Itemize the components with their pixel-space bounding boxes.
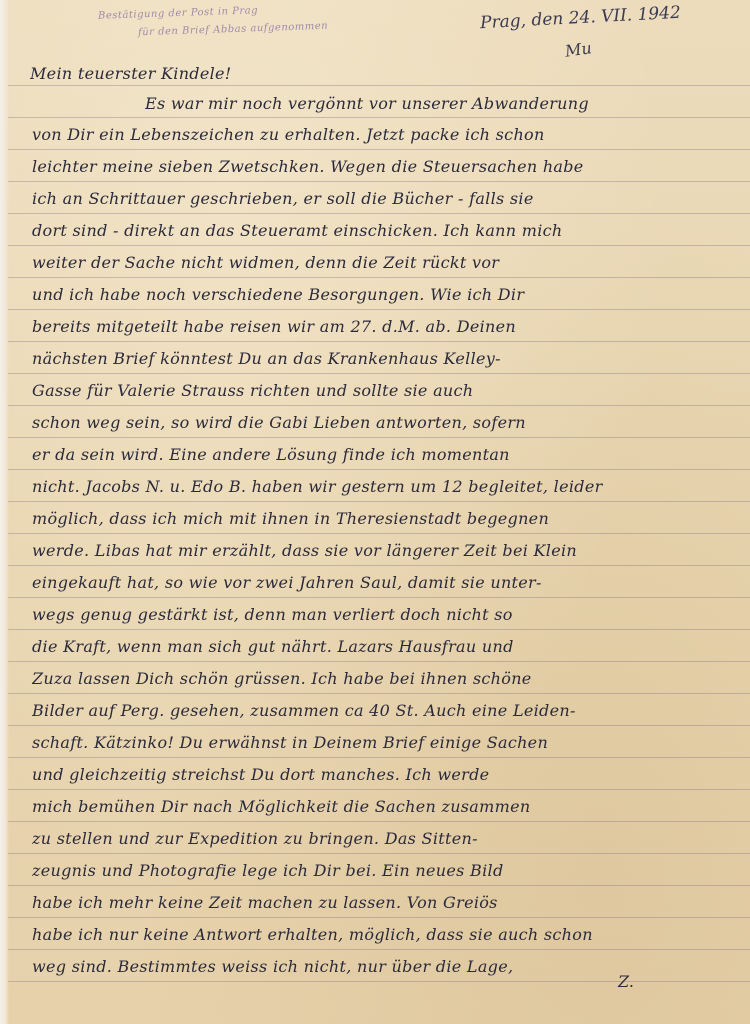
letter-page: Bestätigung der Post in Prag für den Bri… xyxy=(0,0,750,1024)
body-line: mich bemühen Dir nach Möglichkeit die Sa… xyxy=(32,797,742,816)
body-line: wegs genug gestärkt ist, denn man verlie… xyxy=(32,605,742,624)
ruled-line xyxy=(8,149,750,150)
ruled-line xyxy=(8,917,750,918)
paper-edge xyxy=(0,0,9,1024)
body-line: werde. Libas hat mir erzählt, dass sie v… xyxy=(32,541,742,560)
ruled-line xyxy=(8,85,750,86)
body-line: habe ich nur keine Antwort erhalten, mög… xyxy=(32,925,742,944)
ruled-line xyxy=(8,949,750,950)
ruled-line xyxy=(8,533,750,534)
body-line: Es war mir noch vergönnt vor unserer Abw… xyxy=(145,94,742,113)
ruled-line xyxy=(8,181,750,182)
archive-annotation-line-2: für den Brief Abbas aufgenommen xyxy=(138,21,328,39)
ruled-line xyxy=(8,117,750,118)
page-end-mark: Z. xyxy=(618,972,634,991)
dateline: Prag, den 24. VII. 1942 xyxy=(480,3,682,33)
body-line: möglich, dass ich mich mit ihnen in Ther… xyxy=(32,509,742,528)
ruled-line xyxy=(8,245,750,246)
body-line: habe ich mehr keine Zeit machen zu lasse… xyxy=(32,893,742,912)
archive-mark: Mu xyxy=(564,38,593,61)
ruled-line xyxy=(8,501,750,502)
ruled-line xyxy=(8,437,750,438)
body-line: und gleichzeitig streichst Du dort manch… xyxy=(32,765,742,784)
ruled-line xyxy=(8,725,750,726)
ruled-line xyxy=(8,341,750,342)
ruled-line xyxy=(8,661,750,662)
body-line: ich an Schrittauer geschrieben, er soll … xyxy=(32,189,742,208)
body-line: weiter der Sache nicht widmen, denn die … xyxy=(32,253,742,272)
ruled-line xyxy=(8,373,750,374)
body-line: er da sein wird. Eine andere Lösung find… xyxy=(32,445,742,464)
body-line: von Dir ein Lebenszeichen zu erhalten. J… xyxy=(32,125,742,144)
ruled-line xyxy=(8,213,750,214)
salutation: Mein teuerster Kindele! xyxy=(30,64,742,83)
body-line: leichter meine sieben Zwetschken. Wegen … xyxy=(32,157,742,176)
archive-annotation-line-1: Bestätigung der Post in Prag xyxy=(98,5,258,22)
body-line: dort sind - direkt an das Steueramt eins… xyxy=(32,221,742,240)
body-line: Gasse für Valerie Strauss richten und so… xyxy=(32,381,742,400)
body-line: nicht. Jacobs N. u. Edo B. haben wir ges… xyxy=(32,477,742,496)
ruled-line xyxy=(8,981,750,982)
body-line: zu stellen und zur Expedition zu bringen… xyxy=(32,829,742,848)
ruled-line xyxy=(8,821,750,822)
ruled-line xyxy=(8,597,750,598)
body-line: weg sind. Bestimmtes weiss ich nicht, nu… xyxy=(32,957,742,976)
body-line: nächsten Brief könntest Du an das Kranke… xyxy=(32,349,742,368)
ruled-line xyxy=(8,693,750,694)
ruled-line xyxy=(8,469,750,470)
ruled-line xyxy=(8,277,750,278)
body-line: Bilder auf Perg. gesehen, zusammen ca 40… xyxy=(32,701,742,720)
body-line: und ich habe noch verschiedene Besorgung… xyxy=(32,285,742,304)
ruled-line xyxy=(8,885,750,886)
body-line: schaft. Kätzinko! Du erwähnst in Deinem … xyxy=(32,733,742,752)
body-line: Zuza lassen Dich schön grüssen. Ich habe… xyxy=(32,669,742,688)
body-line: bereits mitgeteilt habe reisen wir am 27… xyxy=(32,317,742,336)
body-line: eingekauft hat, so wie vor zwei Jahren S… xyxy=(32,573,742,592)
body-line: zeugnis und Photografie lege ich Dir bei… xyxy=(32,861,742,880)
ruled-line xyxy=(8,853,750,854)
ruled-line xyxy=(8,405,750,406)
ruled-line xyxy=(8,309,750,310)
ruled-line xyxy=(8,789,750,790)
ruled-line xyxy=(8,757,750,758)
body-line: schon weg sein, so wird die Gabi Lieben … xyxy=(32,413,742,432)
ruled-line xyxy=(8,565,750,566)
ruled-line xyxy=(8,629,750,630)
body-line: die Kraft, wenn man sich gut nährt. Laza… xyxy=(32,637,742,656)
